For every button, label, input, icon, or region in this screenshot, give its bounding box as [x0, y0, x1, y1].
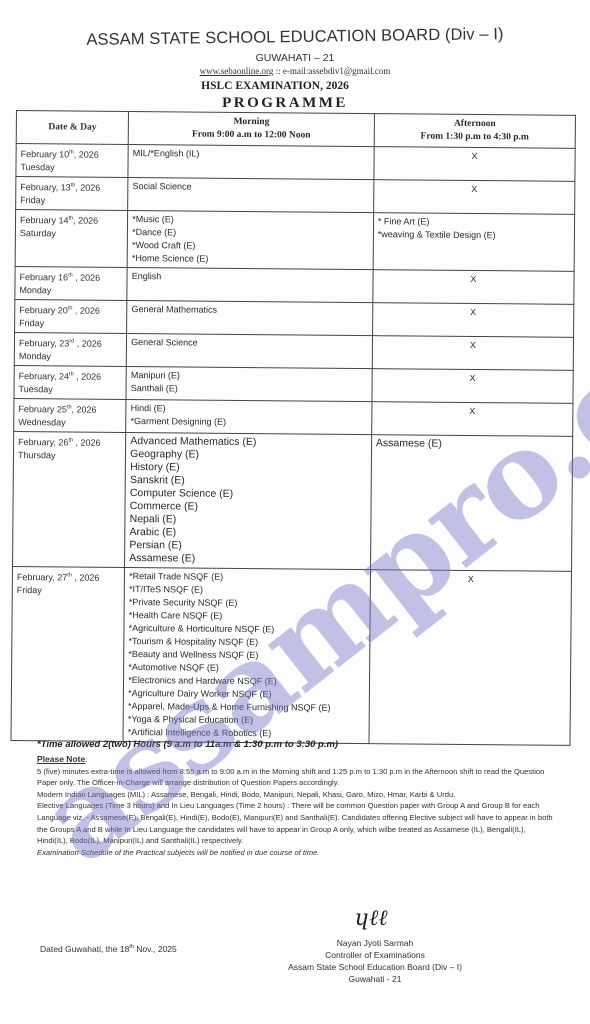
- morning-cell: Manipuri (E)Santhali (E): [126, 366, 372, 401]
- no-exam-mark: X: [376, 404, 568, 419]
- header-morning: MorningFrom 9:00 a.m to 12:00 Noon: [128, 111, 374, 146]
- afternoon-cell: X: [372, 303, 573, 338]
- no-exam-mark: X: [377, 338, 569, 353]
- date-text: February, 23: [19, 338, 69, 348]
- table-row: February 10th, 2026TuesdayMIL/*English (…: [16, 144, 575, 182]
- morning-time: From 9:00 a.m to 12:00 Noon: [133, 128, 370, 143]
- time-allowed-note: *Time allowed 2(two) Hours (9 a.m to 11a…: [37, 739, 338, 750]
- afternoon-cell: X: [372, 336, 573, 371]
- date-year: , 2026: [73, 273, 101, 283]
- date-text: February 10: [21, 149, 70, 159]
- morning-cell: *Music (E)*Dance (E)*Wood Craft (E)*Home…: [127, 210, 373, 269]
- table-row: February, 23rd , 2026MondayGeneral Scien…: [14, 332, 573, 370]
- date-year: , 2026: [72, 305, 100, 315]
- date-year: , 2026: [73, 438, 101, 448]
- table-row: February, 24th , 2026TuesdayManipuri (E)…: [14, 365, 573, 403]
- no-exam-mark: X: [378, 182, 570, 197]
- day-text: Tuesday: [20, 162, 54, 172]
- header-afternoon: AfternoonFrom 1:30 p.m to 4:30 p.m: [374, 114, 575, 149]
- date-text: February 25: [18, 404, 67, 414]
- date-cell: February 16th , 2026Monday: [15, 266, 127, 300]
- morning-cell: Advanced Mathematics (E)Geography (E)His…: [125, 432, 372, 569]
- afternoon-cell: X: [372, 369, 573, 404]
- date-year: , 2026: [74, 150, 99, 160]
- morning-cell: General Science: [126, 333, 372, 368]
- table-row: February 25th, 2026WednesdayHindi (E)*Ga…: [14, 398, 573, 436]
- date-cell: February 10th, 2026Tuesday: [16, 144, 128, 178]
- table-row: February 16th , 2026MondayEnglishX: [15, 266, 574, 304]
- date-year: , 2026: [75, 183, 100, 193]
- subject-item: General Mathematics: [131, 303, 368, 318]
- signatory-org: Assam State School Education Board (Div …: [280, 961, 470, 973]
- signatory-designation: Controller of Examinations: [280, 949, 470, 961]
- exam-schedule-table: Date & Day MorningFrom 9:00 a.m to 12:00…: [10, 110, 575, 746]
- table-row: February 20th , 2026FridayGeneral Mathem…: [15, 299, 574, 337]
- note-practical: Examination Schedule of the Practical su…: [37, 847, 557, 859]
- header-date: Date & Day: [16, 111, 128, 145]
- programme-title: PROGRAMME: [0, 95, 580, 112]
- afternoon-time: From 1:30 p.m to 4:30 p.m: [379, 130, 571, 145]
- afternoon-cell: X: [373, 270, 574, 305]
- morning-cell: Hindi (E)*Garment Designing (E): [126, 399, 372, 434]
- date-cell: February, 23rd , 2026Monday: [14, 332, 126, 366]
- date-cell: February 14th, 2026Saturday: [15, 210, 128, 268]
- day-text: Friday: [19, 318, 44, 328]
- email-text: :: e-mail:assebdiv1@gmail.com: [273, 66, 390, 76]
- dated-prefix: Dated Guwahati, the 18: [40, 944, 129, 954]
- day-text: Saturday: [20, 228, 56, 238]
- table-row: February, 27th , 2026Friday*Retail Trade…: [11, 566, 571, 745]
- day-text: Monday: [19, 351, 51, 361]
- morning-cell: General Mathematics: [127, 300, 373, 335]
- table-row: February 14th, 2026Saturday*Music (E)*Da…: [15, 210, 574, 272]
- table-header-row: Date & Day MorningFrom 9:00 a.m to 12:00…: [16, 111, 575, 149]
- date-year: , 2026: [72, 573, 100, 583]
- signature-image: ɥℓℓ: [355, 905, 388, 931]
- board-city: GUWAHATI – 21: [0, 52, 590, 64]
- no-exam-mark: X: [377, 272, 569, 287]
- date-text: February 16: [19, 272, 68, 282]
- afternoon-cell: X: [369, 570, 572, 746]
- morning-cell: *Retail Trade NSQF (E)*IT/ITeS NSQF (E)*…: [123, 567, 370, 743]
- note-elective: Elective Languages (Time 3 hours) and In…: [37, 800, 557, 846]
- morning-cell: MIL/*English (IL): [128, 144, 374, 179]
- subject-item: *Home Science (E): [132, 252, 369, 267]
- date-cell: February, 26th , 2026Thursday: [13, 431, 126, 567]
- subject-item: Santhali (E): [131, 382, 368, 397]
- date-text: February, 26: [18, 437, 68, 447]
- subject-item: English: [132, 270, 369, 285]
- date-text: February 14: [20, 215, 69, 225]
- day-text: Thursday: [18, 450, 56, 460]
- date-text: February, 13: [20, 182, 70, 192]
- subject-item: *weaving & Textile Design (E): [378, 228, 570, 243]
- subject-item: Assamese (E): [129, 552, 366, 567]
- note-extra-time: 5 (five) minutes extra-time is allowed f…: [37, 766, 557, 789]
- morning-cell: Social Science: [128, 177, 374, 212]
- subject-item: Assamese (E): [376, 437, 568, 452]
- please-note-colon: :: [85, 755, 87, 764]
- date-year: , 2026: [74, 372, 102, 382]
- afternoon-cell: X: [372, 402, 573, 437]
- board-title: ASSAM STATE SCHOOL EDUCATION BOARD (Div …: [0, 24, 590, 51]
- please-note-section: Please Note: 5 (five) minutes extra-time…: [37, 754, 557, 858]
- website-link[interactable]: www.sebaonline.org: [200, 66, 274, 76]
- no-exam-mark: X: [378, 149, 570, 164]
- date-text: February, 24: [19, 371, 69, 381]
- signature-block: Nayan Jyoti Sarmah Controller of Examina…: [280, 937, 470, 985]
- dated-suffix: Nov., 2025: [134, 944, 177, 954]
- no-exam-mark: X: [377, 305, 569, 320]
- day-text: Friday: [17, 585, 42, 595]
- date-cell: February, 24th , 2026Tuesday: [14, 365, 126, 399]
- morning-cell: English: [127, 267, 373, 302]
- date-text: February, 27: [17, 572, 67, 582]
- table-row: February, 26th , 2026ThursdayAdvanced Ma…: [13, 431, 573, 571]
- subject-item: MIL/*English (IL): [133, 147, 370, 162]
- note-mil: Modern Indian Languages (MIL) : Assamese…: [37, 789, 557, 801]
- day-text: Tuesday: [19, 384, 53, 394]
- date-year: , 2026: [71, 404, 96, 414]
- afternoon-cell: * Fine Art (E)*weaving & Textile Design …: [373, 213, 575, 272]
- date-text: February 20: [19, 305, 68, 315]
- please-note-title: Please Note: [37, 754, 85, 764]
- date-year: , 2026: [74, 339, 102, 349]
- exam-title: HSLC EXAMINATION, 2026: [0, 80, 570, 92]
- date-year: , 2026: [73, 216, 98, 226]
- day-text: Wednesday: [18, 417, 65, 427]
- no-exam-mark: X: [376, 371, 568, 386]
- day-text: Friday: [20, 195, 45, 205]
- date-cell: February, 27th , 2026Friday: [11, 566, 125, 741]
- no-exam-mark: X: [375, 572, 567, 587]
- signatory-city: Guwahati - 21: [280, 973, 470, 985]
- subject-item: Social Science: [132, 180, 369, 195]
- subject-item: General Science: [131, 336, 368, 351]
- date-cell: February 25th, 2026Wednesday: [14, 398, 126, 432]
- table-row: February, 13th, 2026FridaySocial Science…: [16, 177, 575, 215]
- afternoon-cell: X: [374, 147, 575, 182]
- afternoon-cell: Assamese (E): [370, 435, 572, 572]
- dated-line: Dated Guwahati, the 18th Nov., 2025: [40, 944, 177, 954]
- date-cell: February, 13th, 2026Friday: [16, 177, 128, 211]
- date-cell: February 20th , 2026Friday: [15, 299, 127, 333]
- subject-item: *Garment Designing (E): [130, 415, 367, 430]
- afternoon-cell: X: [373, 180, 574, 215]
- day-text: Monday: [19, 285, 51, 295]
- signatory-name: Nayan Jyoti Sarmah: [280, 937, 470, 949]
- contact-line: www.sebaonline.org :: e-mail:assebdiv1@g…: [0, 66, 590, 76]
